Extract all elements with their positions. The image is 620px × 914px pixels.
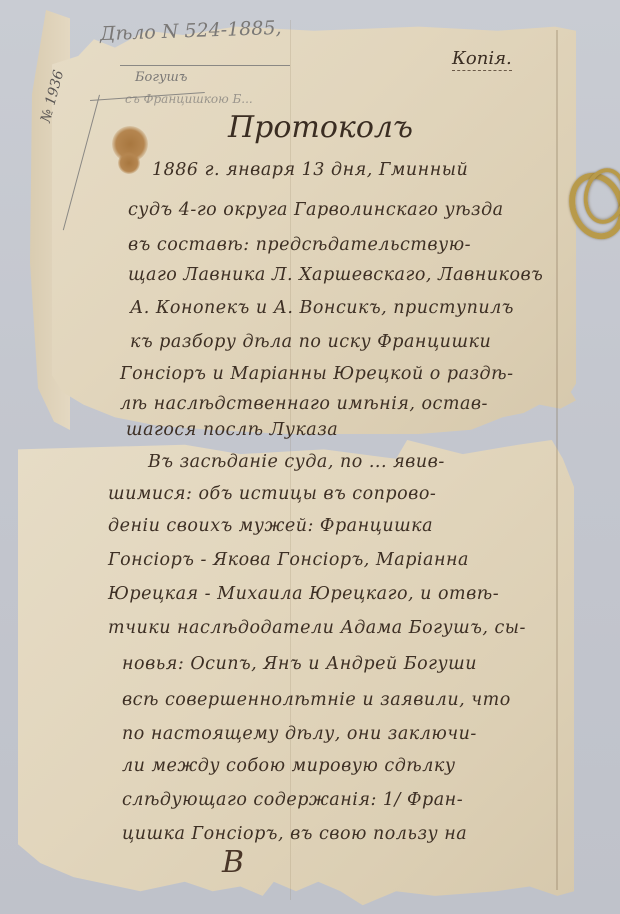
body-line: слѣдующаго содержанія: 1/ Фран-	[122, 790, 463, 810]
body-line: щаго Лавника Л. Харшевскаго, Лавниковъ	[128, 265, 543, 285]
pencil-underline-top	[120, 65, 290, 66]
body-line: ли между собою мировую сдѣлку	[122, 756, 455, 776]
body-line: шагося послѣ Луказа	[126, 420, 338, 440]
margin-pencil-name: Богушъ	[135, 70, 187, 85]
body-line: 1886 г. января 13 дня, Гминный	[152, 160, 468, 180]
margin-pencil-note: съ Францишкою Б...	[125, 92, 253, 106]
body-line: Гонсіоръ и Маріанны Юрецкой о раздѣ-	[120, 364, 514, 384]
body-line: деніи своихъ мужей: Францишка	[108, 516, 433, 536]
body-line: шимися: объ истицы въ сопрово-	[108, 484, 436, 504]
body-line: новья: Осипъ, Янъ и Андрей Богуши	[122, 654, 477, 674]
body-line: въ составѣ: предсѣдательствую-	[128, 235, 471, 255]
body-line: тчики наслѣдодатели Адама Богушъ, сы-	[108, 618, 526, 638]
rust-stain-small	[118, 152, 140, 174]
signature-initial: В	[222, 845, 244, 880]
body-line: всѣ совершеннолѣтніе и заявили, что	[122, 690, 511, 710]
copy-mark: Копія.	[452, 48, 512, 71]
body-line: Юрецкая - Михаила Юрецкаго, и отвѣ-	[108, 584, 499, 604]
body-line: лѣ наслѣдственнаго имѣнія, остав-	[120, 394, 488, 414]
body-line: Въ засѣданіе суда, по ... явив-	[148, 452, 445, 472]
body-line: цишка Гонсіоръ, въ свою пользу на	[122, 824, 467, 844]
body-line: по настоящему дѣлу, они заключи-	[122, 724, 477, 744]
body-line: судъ 4-го округа Гарволинскаго уѣзда	[128, 200, 504, 220]
body-line: Гонсіоръ - Якова Гонсіоръ, Маріанна	[108, 550, 469, 570]
body-line: къ разбору дѣла по иску Францишки	[130, 332, 491, 352]
body-line: А. Конопекъ и А. Вонсикъ, приступилъ	[130, 298, 514, 318]
document-title: Протоколъ	[228, 110, 413, 145]
fold-line-right	[556, 30, 558, 890]
